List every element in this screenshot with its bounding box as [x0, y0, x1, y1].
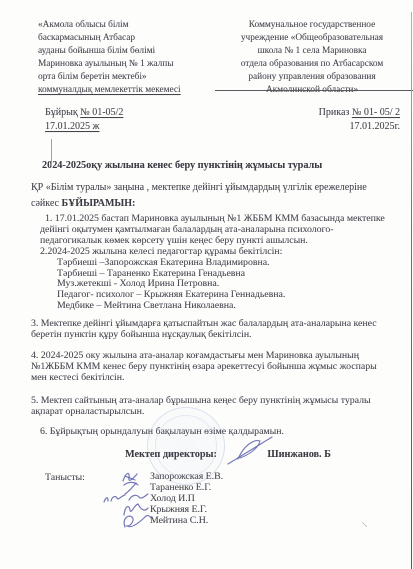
acknowledged-label: Танысты: [45, 472, 85, 483]
scan-edge-artifact [411, 12, 413, 569]
order-date: 17.01.2025 ж [45, 120, 123, 134]
document-page: «Акмола облысы білім баскармасының Атбас… [0, 0, 413, 569]
acknowledged-name: Холод И.П [150, 493, 195, 504]
acknowledged-name: Крыжняя Е.Г. [150, 504, 207, 515]
org-line: школа № 1 села Мариновка [213, 45, 411, 58]
order-item-3: 3. Мектепке дейінгі ұйымдарға қатыспайты… [31, 319, 383, 341]
signature-meytina [120, 513, 154, 529]
order-number: № 01-05/2 [80, 107, 123, 118]
order-date: 17.01.2025г. [319, 120, 400, 134]
order-item-4: 4. 2024-2025 оку жылына ата-аналар коғам… [31, 351, 383, 384]
staff-list: Тәрбиеші –Запорожская Екатерина Владимир… [57, 258, 413, 313]
acknowledgement-block: Танысты: Запорожская Е.В. Тараненко Е.Г.… [0, 471, 413, 526]
signature-kholod [102, 491, 150, 507]
org-line: отдела образования по Атбасарском [213, 58, 411, 71]
org-line: Мариновка ауылының № 1 жалпы [38, 58, 190, 71]
document-title: 2024-2025оқу жылына кенес беру пунктінің… [42, 160, 385, 171]
order-item-2: 2.2024-2025 жылына келесі педагогтар құр… [40, 247, 387, 258]
staff-member: Тәрбиеші –Запорожская Екатерина Владимир… [57, 258, 413, 269]
director-name: Шинжанов. Б [267, 449, 330, 460]
order-number: № 01- 05/ 2 [352, 107, 400, 118]
org-name-russian: Коммунальное государственное учреждение … [213, 19, 411, 97]
signature-taranenko [120, 480, 154, 496]
scan-smudge-artifact [362, 522, 367, 527]
org-line: району управления образования [213, 71, 411, 84]
letterhead: «Акмола облысы білім баскармасының Атбас… [0, 0, 413, 97]
header-divider [215, 90, 413, 91]
acknowledged-name: Мейтина С.Н. [150, 515, 208, 526]
order-number-kazakh: Бұйрық № 01-05/2 17.01.2025 ж [45, 106, 123, 133]
signature-zaporozhskaya [120, 469, 154, 485]
org-line: баскармасының Атбасар [38, 32, 190, 45]
org-line: коммуналдық мемлекеттік мекемесі [38, 84, 190, 97]
org-line: учреждение «Общеобразовательная [213, 32, 411, 45]
order-number-block: Бұйрық № 01-05/2 17.01.2025 ж Приказ № 0… [0, 106, 413, 133]
order-item-1: 1. 17.01.2025 бастап Мариновка ауылының … [40, 214, 387, 247]
preamble: ҚР «Білім туралы» заңына , мектепке дейі… [31, 180, 385, 211]
org-line: Коммунальное государственное [213, 19, 411, 32]
signature-kryzhnyaya [120, 502, 154, 518]
org-line: ауданы бойынша білім бөлімі [38, 45, 190, 58]
order-label: Приказ [319, 107, 350, 118]
scan-line-artifact [51, 139, 52, 167]
acknowledgement-row: Мейтина С.Н. [150, 515, 413, 526]
acknowledgement-row: Крыжняя Е.Г. [150, 504, 413, 515]
official-stamp [147, 407, 225, 485]
org-line: «Акмола облысы білім [38, 19, 190, 32]
order-number-russian: Приказ № 01- 05/ 2 17.01.2025г. [319, 106, 400, 133]
acknowledgement-row: Холод И.П [150, 493, 413, 504]
org-line: орта білім беретін мектебі» [38, 71, 190, 84]
staff-member: Медбике – Мейтина Светлана Николаевна. [57, 301, 413, 312]
org-name-kazakh: «Акмола облысы білім баскармасының Атбас… [38, 19, 190, 97]
preamble-resolution-word: БҰЙЫРАМЫН: [61, 198, 135, 209]
order-label: Бұйрық [45, 107, 78, 118]
